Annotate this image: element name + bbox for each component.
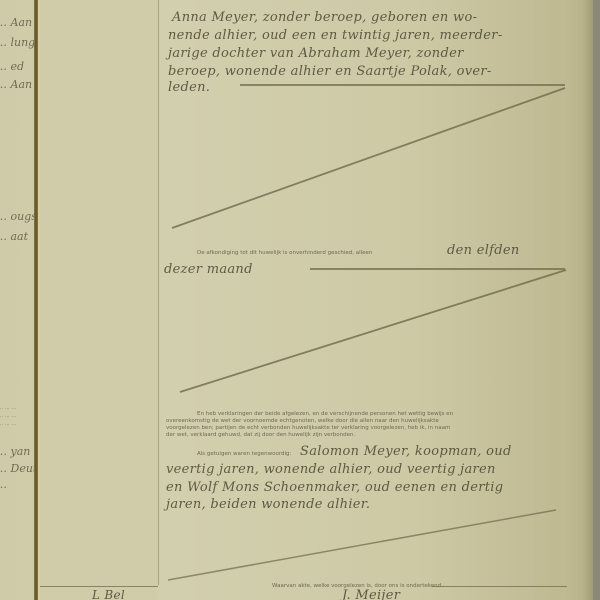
- page-edge: [593, 0, 600, 600]
- page-edge-shadow: [583, 0, 593, 600]
- cancellation-strokes: [0, 0, 600, 600]
